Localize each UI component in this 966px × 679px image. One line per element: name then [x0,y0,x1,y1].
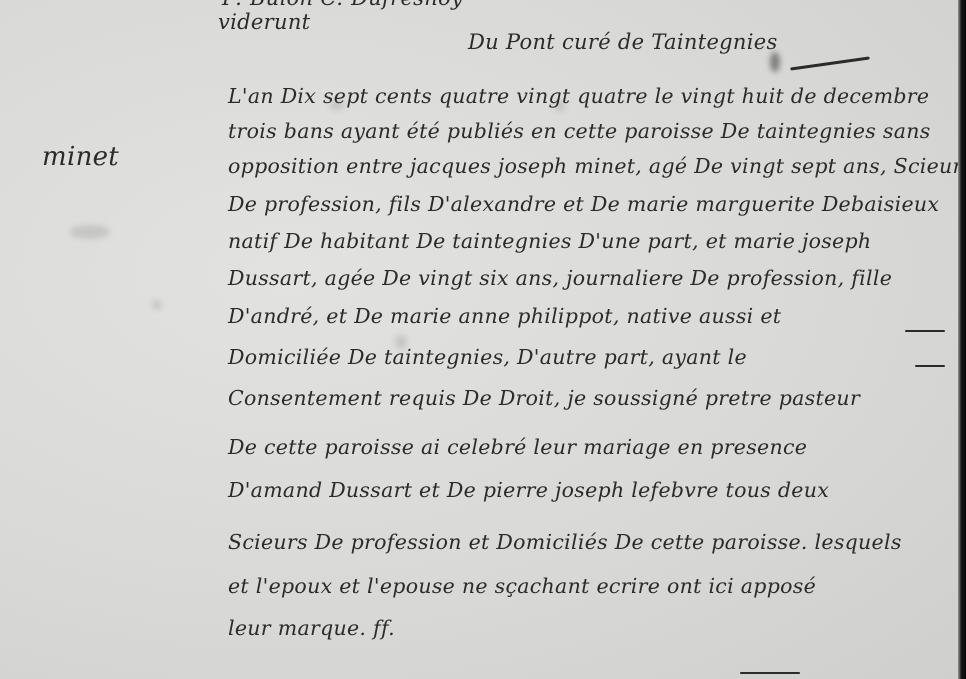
paper-stain [152,300,162,310]
body-line: L'an Dix sept cents quatre vingt quatre … [228,84,929,108]
page-edge-shadow [958,0,966,679]
body-line: opposition entre jacques joseph minet, a… [228,154,963,178]
margin-name: minet [42,142,119,172]
body-line: leur marque. ff. [228,616,395,640]
header-witnesses-fragment: P: Buion C: Dufresnoy [222,0,463,10]
body-line: Dussart, agée De vingt six ans, journali… [228,266,892,290]
signature-flourish [790,56,870,70]
body-line: D'andré, et De marie anne philippot, nat… [228,304,781,328]
body-line: trois bans ayant été publiés en cette pa… [228,119,931,143]
body-line: De cette paroisse ai celebré leur mariag… [228,435,807,459]
header-viderunt-fragment: viderunt [218,10,310,34]
line-filler-stroke [905,330,945,332]
body-line: Consentement requis De Droit, je soussig… [228,386,860,410]
paper-stain [70,225,110,239]
ink-blot [770,52,780,72]
body-line: et l'epoux et l'epouse ne sçachant ecrir… [228,574,816,598]
body-line: Scieurs De profession et Domiciliés De c… [228,530,902,554]
cut-off-stroke [740,672,800,674]
line-filler-stroke [915,365,945,367]
body-line: D'amand Dussart et De pierre joseph lefe… [228,478,829,502]
body-line: natif De habitant De taintegnies D'une p… [228,229,871,253]
body-line: De profession, fils D'alexandre et De ma… [228,192,939,216]
register-page: P: Buion C: Dufresnoy viderunt Du Pont c… [0,0,958,679]
curate-signature: Du Pont curé de Taintegnies [468,30,778,54]
body-line: Domiciliée De taintegnies, D'autre part,… [228,345,747,369]
